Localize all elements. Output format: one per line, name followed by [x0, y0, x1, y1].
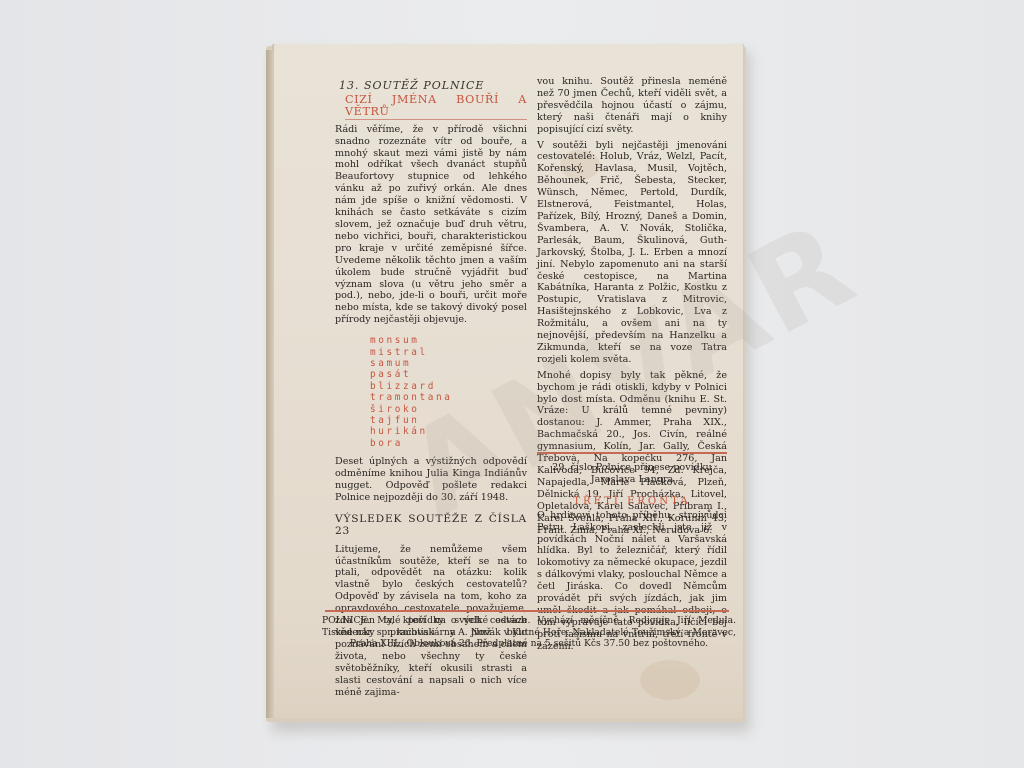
footer-divider — [325, 610, 729, 612]
word-item: monsum — [370, 335, 527, 346]
contest-intro: Rádi věříme, že v přírodě všichni snadno… — [335, 124, 527, 326]
word-item: mistral — [370, 347, 527, 358]
results-continued: vou knihu. Soutěž přinesla neméně než 70… — [537, 76, 727, 136]
booklet-spine — [266, 50, 274, 718]
footer-line-3: Praha XIII., Oblouková 26. Předplatné na… — [322, 638, 736, 650]
story-title: TŘETÍ FRONTA — [537, 496, 727, 508]
contest-title: CIZÍ JMÉNA BOUŘÍ A VĚTRŮ — [345, 94, 527, 120]
contest-header: 13. SOUTĚŽ POLNICE — [339, 80, 527, 92]
footer-line-1: POLNICE. Malé povídky o velké odvaze. Vy… — [322, 615, 736, 627]
paper-stain — [640, 660, 700, 700]
footer-line-2: Tiskne nár. spr. knihtiskárny A. Novák v… — [322, 627, 736, 639]
imprint-footer: POLNICE. Malé povídky o velké odvaze. Vy… — [322, 615, 736, 650]
